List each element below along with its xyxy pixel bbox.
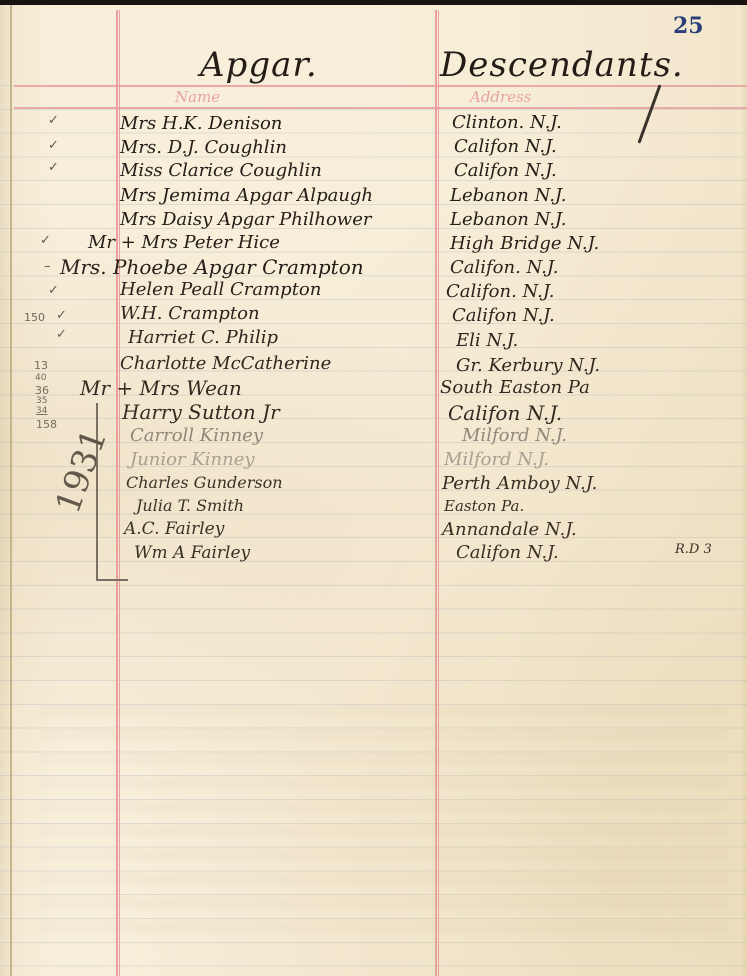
checkmark-icon: ✓ [48,138,59,153]
entry-name: Mrs Daisy Apgar Philhower [120,209,371,230]
entry-name: Mr + Mrs Peter Hice [88,232,280,253]
entry-name: Julia T. Smith [136,496,244,515]
checkmark-icon: ✓ [56,308,67,323]
checkmark-icon: ✓ [48,283,59,298]
column-header-name: Name [175,88,220,106]
entry-address: Milford N.J. [444,449,549,470]
entry-address: Annandale N.J. [442,519,577,540]
entry-address: Gr. Kerbury N.J. [456,355,600,376]
entry-address: Lebanon N.J. [450,185,566,206]
entry-address: High Bridge N.J. [450,233,599,254]
entry-address: Perth Amboy N.J. [442,473,597,494]
entry-name: Mrs. D.J. Coughlin [120,137,287,158]
margin-tally: 34 [36,406,47,417]
margin-tally: 36 [35,385,49,396]
entry-name: Mrs H.K. Denison [120,113,282,134]
checkmark-icon: ✓ [48,160,59,175]
entry-name: Mrs Jemima Apgar Alpaugh [120,185,373,206]
header-rule-top [14,85,747,87]
column-divider-rule-inner [438,10,439,976]
margin-number: 150 [24,312,45,323]
entry-name: A.C. Fairley [124,519,224,539]
ledger-page: 25 Apgar. Descendants. Name Address ✓ ✓ … [0,0,747,976]
title-surname: Apgar. [200,45,318,85]
entry-address: Califon N.J. [454,136,557,157]
entry-address: Easton Pa. [444,497,524,515]
ink-bleed-through [40,705,727,945]
address-note-rd: R.D 3 [675,542,712,557]
checkmark-icon: – [44,259,51,274]
entry-address: Califon N.J. [452,305,555,326]
column-header-address: Address [470,88,531,106]
entry-name: Charles Gunderson [126,473,283,492]
entry-name: Wm A Fairley [134,543,250,563]
entry-name: Charlotte McCatherine [120,353,331,374]
entry-address: South Easton Pa [440,377,590,398]
margin-tally-total: 158 [36,419,57,430]
column-divider-rule [435,10,437,976]
checkmark-icon: ✓ [56,327,67,342]
margin-tally: 40 [35,373,46,384]
entry-address: Milford N.J. [462,425,567,446]
entry-name: Mrs. Phoebe Apgar Crampton [60,255,364,279]
entry-name: Miss Clarice Coughlin [120,160,322,181]
margin-tally: 13 [34,360,48,371]
entry-address: Califon N.J. [454,160,557,181]
entry-address: Califon. N.J. [446,281,554,302]
pencil-bracket [96,403,128,581]
page-number: 25 [673,13,704,39]
entry-name: Junior Kinney [130,449,255,470]
entry-name: Carroll Kinney [130,425,263,446]
header-rule-bottom [14,107,747,109]
checkmark-icon: ✓ [48,113,59,128]
entry-address: Eli N.J. [456,330,518,351]
entry-name: Helen Peall Crampton [120,279,321,300]
entry-name: Harry Sutton Jr [122,400,280,424]
entry-address: Clinton. N.J. [452,112,562,133]
entry-address: Califon N.J. [448,401,562,425]
title-descendants: Descendants. [440,45,684,85]
entry-address: Califon N.J. [456,542,559,563]
entry-address: Lebanon N.J. [450,209,566,230]
entry-name: W.H. Crampton [120,303,260,324]
checkmark-icon: ✓ [40,233,51,248]
entry-name: Mr + Mrs Wean [80,376,242,400]
entry-address: Califon. N.J. [450,257,558,278]
entry-name: Harriet C. Philip [128,327,278,348]
